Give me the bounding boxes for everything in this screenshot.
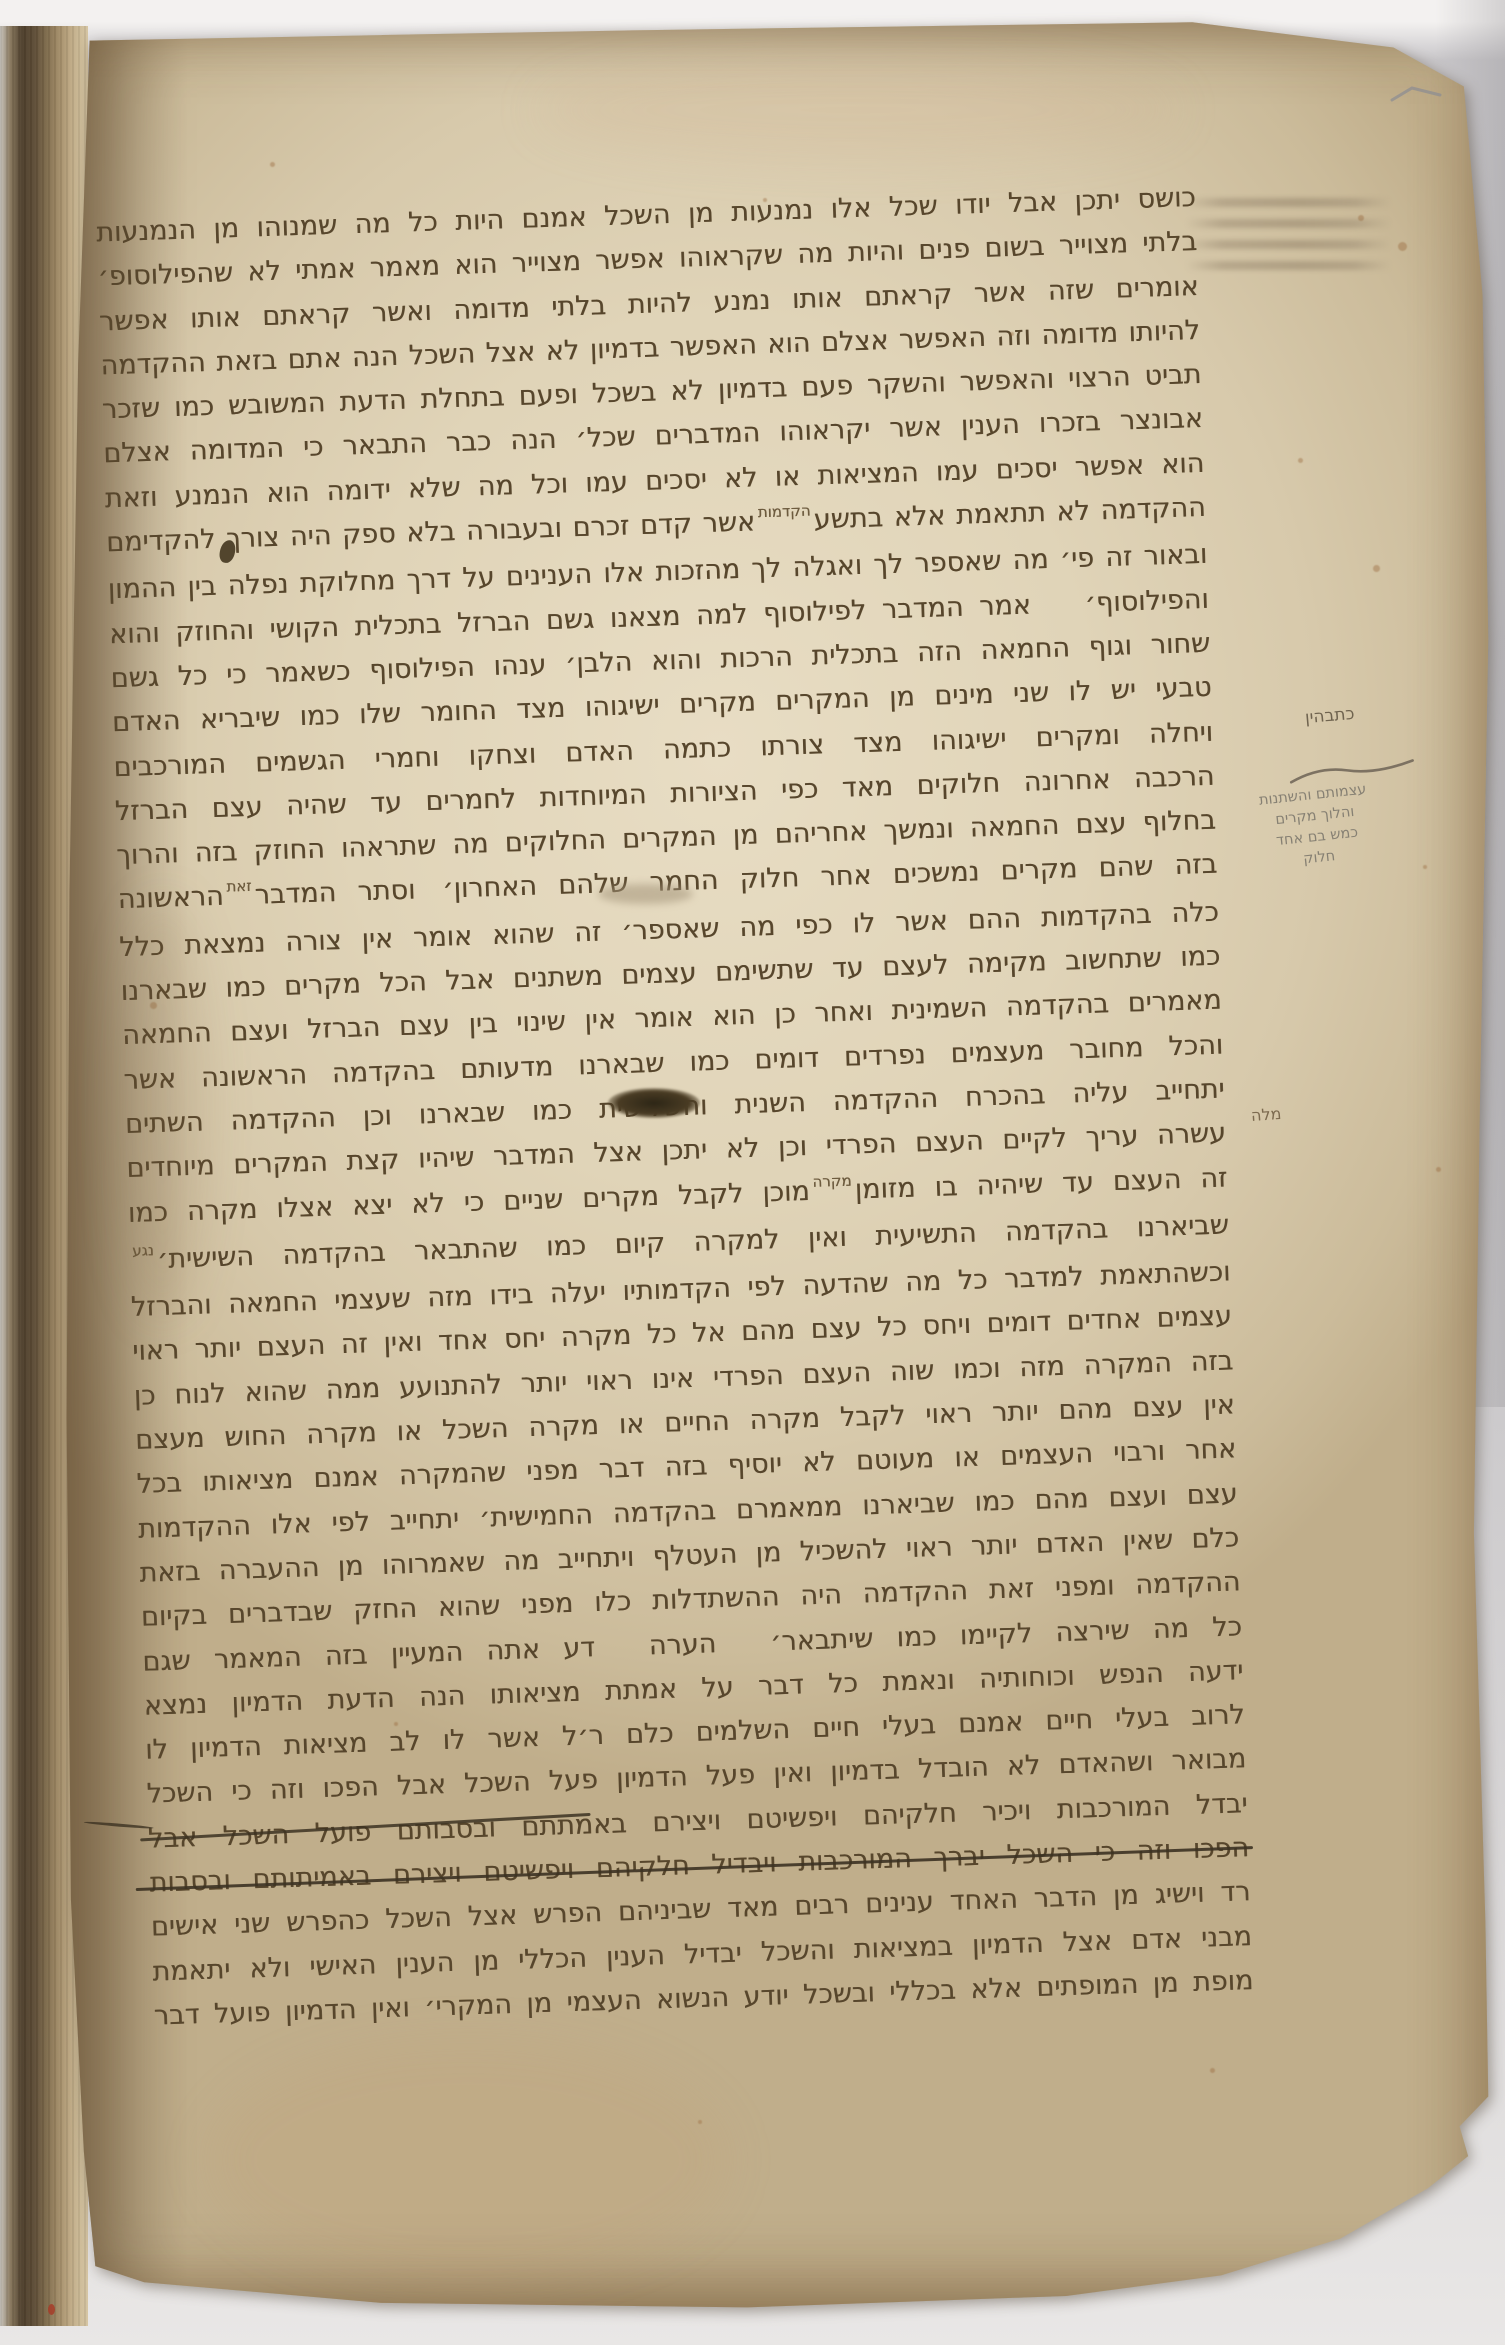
foxing-spot xyxy=(1398,242,1407,251)
manuscript-scan: { "palette":{"background_gray":"#c3c1c4"… xyxy=(0,0,1505,2345)
foxing-spot xyxy=(1423,865,1427,869)
margin-note-lines: עצמותם והשתנותוהלוך מקריםכמש בם אחדחלוק xyxy=(1187,772,1444,882)
interlinear-correction: זאת xyxy=(226,877,252,896)
ink-bleed-through xyxy=(1186,186,1391,311)
interlinear-correction: נגע xyxy=(132,1241,154,1260)
foxing-spot xyxy=(698,2120,702,2124)
margin-note-block: עצמותם והשתנותוהלוך מקריםכמש בם אחדחלוק xyxy=(1185,752,1445,882)
parchment-stain xyxy=(538,60,1178,160)
margin-note-word: מלה xyxy=(1250,1104,1282,1125)
line-segment: הראשונה xyxy=(117,881,224,915)
page-wrap: כושס יתכן אבל יודו שכל אלו נמנעות מן השכ… xyxy=(58,20,1494,2312)
foxing-spot xyxy=(270,162,275,167)
foxing-spot xyxy=(1298,458,1303,463)
foxing-spot xyxy=(1436,1167,1441,1172)
red-speck xyxy=(48,2304,55,2315)
interlinear-correction: הקדמות xyxy=(757,502,810,522)
pen-checkmark-icon xyxy=(1388,82,1448,108)
margin-note-short: כתבהין xyxy=(1304,704,1355,728)
parchment-page: כושס יתכן אבל יודו שכל אלו נמנעות מן השכ… xyxy=(58,20,1494,2312)
line-segment: ההקדמה לא תתאמת אלא בתשע xyxy=(813,492,1206,536)
parchment-stain xyxy=(208,2040,728,2280)
foxing-spot xyxy=(1210,2068,1215,2073)
text-block: כושס יתכן אבל יודו שכל אלו נמנעות מן השכ… xyxy=(96,176,1254,2039)
interlinear-correction: מקרה xyxy=(812,1171,852,1190)
line-segment: זה העצם עד שיהיה בו מזומן xyxy=(854,1162,1228,1205)
foxing-spot xyxy=(1373,565,1380,572)
